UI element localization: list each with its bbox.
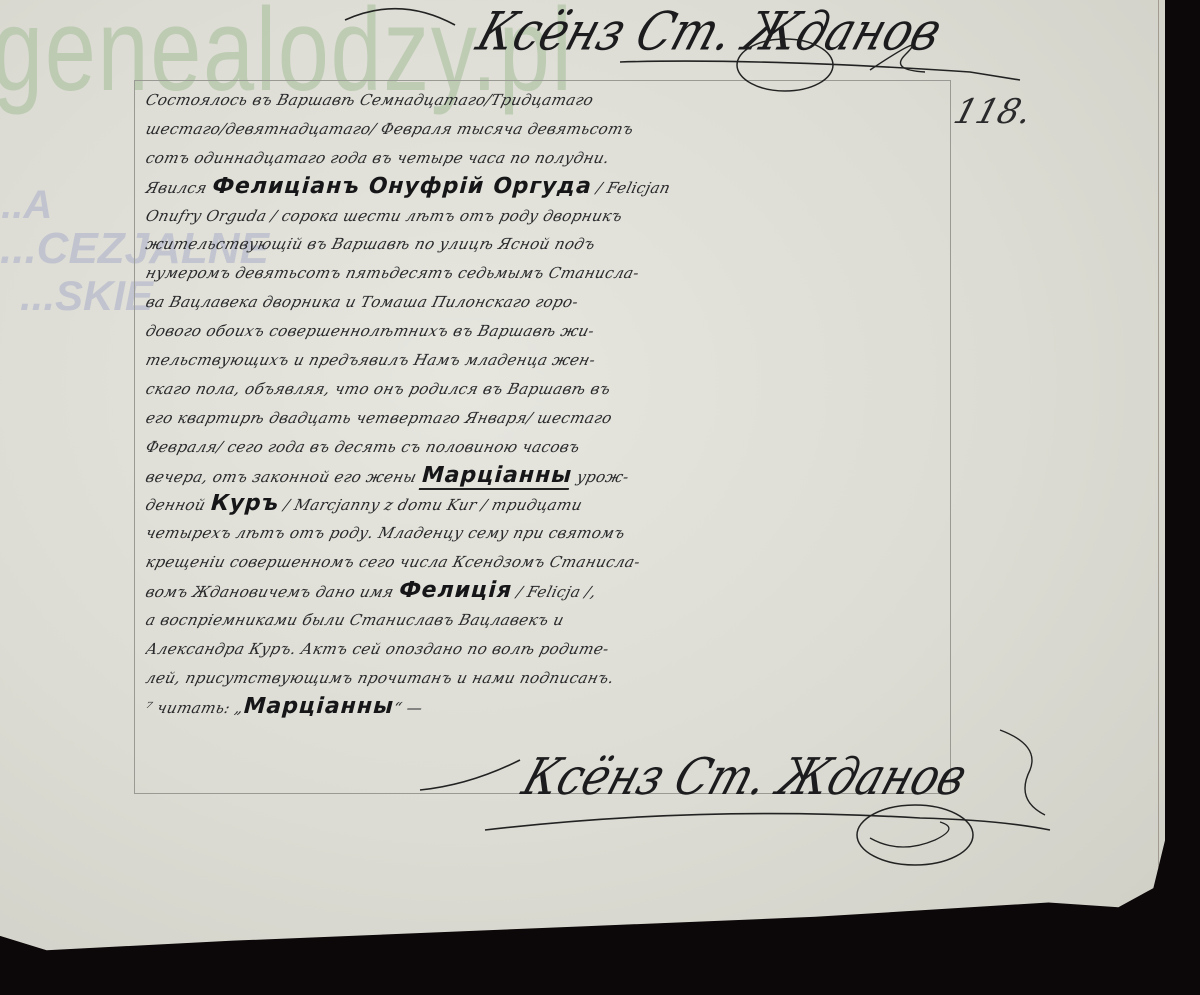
mother-maiden-name: Куръ xyxy=(208,491,283,516)
record-line: жительствующій въ Варшавѣ по улицѣ Ясной… xyxy=(142,230,959,259)
record-line: тельствующихъ и предъявилъ Намъ младенца… xyxy=(142,346,959,375)
father-name: Фелиціанъ Онуфрій Оргуда xyxy=(209,174,595,199)
record-body: Состоялось въ Варшавѣ Семнадцатаго/Тридц… xyxy=(146,86,956,722)
record-line-correction: ⁷ читать: „Марціанны“ — xyxy=(142,693,959,722)
record-line: его квартирѣ двадцать четвертаго Января/… xyxy=(142,404,959,433)
record-line: Состоялось въ Варшавѣ Семнадцатаго/Тридц… xyxy=(142,86,959,115)
mother-name: Марціанны xyxy=(418,463,575,490)
record-line: Onufry Orguda / сорока шести лѣтъ отъ ро… xyxy=(142,202,959,231)
record-line: Александра Куръ. Актъ сей опоздано по во… xyxy=(142,635,959,664)
signature-top: Ксёнз Ст. Жданов xyxy=(470,0,950,62)
record-line-mother: вечера, отъ законной его жены Марціанны … xyxy=(142,462,959,491)
record-line: крещеніи совершенномъ сего числа Ксендзо… xyxy=(142,548,959,577)
record-line-child: вомъ Ждановичемъ дано имя Фелиція / Feli… xyxy=(142,577,959,606)
record-line: нумеромъ девятьсотъ пятьдесятъ седьмымъ … xyxy=(142,259,959,288)
page-edge xyxy=(1158,0,1166,900)
record-line: ва Вацлавека дворника и Томаша Пилонскаг… xyxy=(142,288,959,317)
record-line: Февраля/ сего года въ десять съ половино… xyxy=(142,433,959,462)
record-line: а воспріемниками были Станиславъ Вацлаве… xyxy=(142,606,959,635)
record-line: шестаго/девятнадцатаго/ Февраля тысяча д… xyxy=(142,115,959,144)
child-name: Фелиція xyxy=(396,578,515,603)
record-line: дового обоихъ совершеннолѣтнихъ въ Варша… xyxy=(142,317,959,346)
record-line: четырехъ лѣтъ отъ роду. Младенцу сему пр… xyxy=(142,519,959,548)
record-line-mother-maiden: денной Куръ / Marcjanny z domu Kur / три… xyxy=(142,490,959,519)
record-line: скаго пола, объявляя, что онъ родился въ… xyxy=(142,375,959,404)
record-number: 118. xyxy=(949,92,1036,132)
record-line: сотъ одиннадцатаго года въ четыре часа п… xyxy=(142,144,959,173)
record-line-father: Явился Фелиціанъ Онуфрій Оргуда / Felicj… xyxy=(142,173,959,202)
signature-bottom: Ксёнз Ст. Жданов xyxy=(515,748,974,807)
corrected-name: Марціанны xyxy=(241,694,398,719)
record-line: лей, присутствующимъ прочитанъ и нами по… xyxy=(142,664,959,693)
